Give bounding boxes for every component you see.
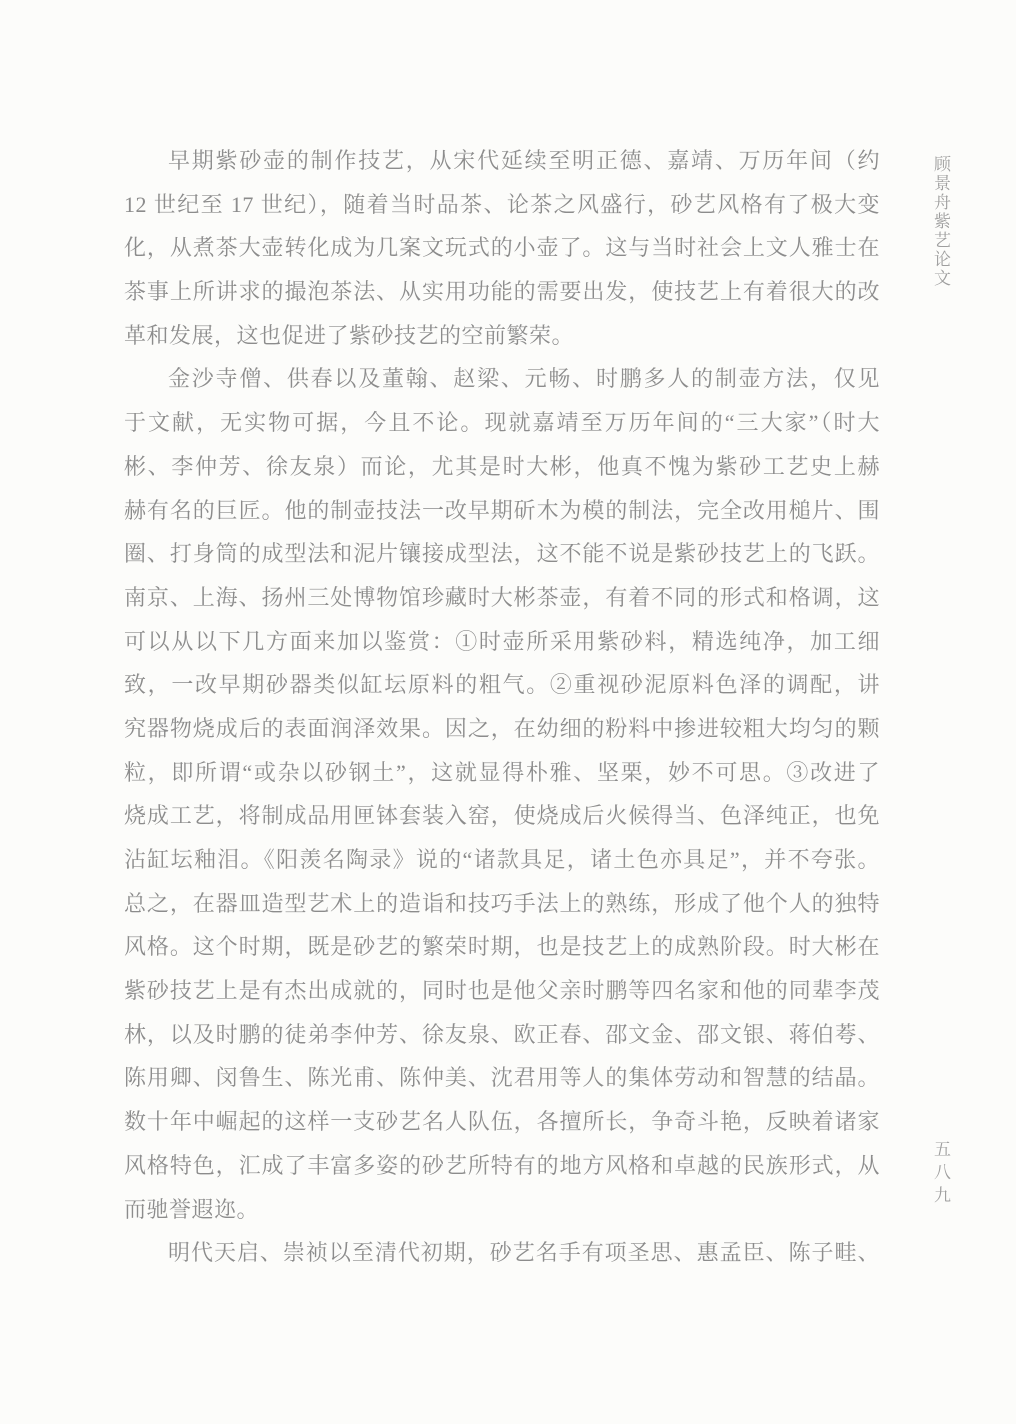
text-line: 圈、打身筒的成型法和泥片镶接成型法，这不能不说是紫砂技艺上的飞跃。 — [124, 532, 880, 576]
text-line: 沾缸坛釉泪。《阳羡名陶录》说的“诸款具足，诸土色亦具足”，并不夸张。 — [124, 838, 880, 882]
text-line: 粒，即所谓“或杂以砂钢土”，这就显得朴雅、坚栗，妙不可思。③改进了 — [124, 751, 880, 795]
text-line: 茶事上所讲求的撮泡茶法、从实用功能的需要出发，使技艺上有着很大的改 — [124, 270, 880, 314]
text-line: 数十年中崛起的这样一支砂艺名人队伍，各擅所长，争奇斗艳，反映着诸家 — [124, 1100, 880, 1144]
body-text: 早期紫砂壶的制作技艺，从宋代延续至明正德、嘉靖、万历年间（约 12 世纪至 17… — [124, 139, 880, 1275]
text-line: 陈用卿、闵鲁生、陈光甫、陈仲美、沈君用等人的集体劳动和智慧的结晶。 — [124, 1056, 880, 1100]
text-line: 总之，在器皿造型艺术上的造诣和技巧手法上的熟练，形成了他个人的独特 — [124, 882, 880, 926]
text-line: 可以从以下几方面来加以鉴赏：①时壶所采用紫砂料，精选纯净，加工细 — [124, 620, 880, 664]
text-line: 12 世纪至 17 世纪），随着当时品茶、论茶之风盛行，砂艺风格有了极大变 — [124, 183, 880, 227]
text-line: 于文献，无实物可据，今且不论。现就嘉靖至万历年间的“三大家”（时大 — [124, 401, 880, 445]
text-line: 明代天启、崇祯以至清代初期，砂艺名手有项圣思、惠孟臣、陈子畦、 — [124, 1231, 880, 1275]
book-page: 早期紫砂壶的制作技艺，从宋代延续至明正德、嘉靖、万历年间（约 12 世纪至 17… — [0, 0, 1016, 1424]
running-header: 顾景舟紫艺论文 — [928, 155, 953, 288]
text-line: 化，从煮茶大壶转化成为几案文玩式的小壶了。这与当时社会上文人雅士在 — [124, 226, 880, 270]
text-line: 究器物烧成后的表面润泽效果。因之，在幼细的粉料中掺进较粗大均匀的颗 — [124, 707, 880, 751]
text-line: 烧成工艺，将制成品用匣钵套装入窑，使烧成后火候得当、色泽纯正，也免 — [124, 794, 880, 838]
text-line: 金沙寺僧、供春以及董翰、赵梁、元畅、时鹏多人的制壶方法，仅见 — [124, 357, 880, 401]
text-line: 紫砂技艺上是有杰出成就的，同时也是他父亲时鹏等四名家和他的同辈李茂 — [124, 969, 880, 1013]
text-line: 致，一改早期砂器类似缸坛原料的粗气。②重视砂泥原料色泽的调配，讲 — [124, 663, 880, 707]
text-line: 林，以及时鹏的徒弟李仲芳、徐友泉、欧正春、邵文金、邵文银、蒋伯荂、 — [124, 1013, 880, 1057]
folio-page-number: 五八九 — [928, 1140, 953, 1209]
text-line: 革和发展，这也促进了紫砂技艺的空前繁荣。 — [124, 314, 880, 358]
text-line: 南京、上海、扬州三处博物馆珍藏时大彬茶壶，有着不同的形式和格调，这 — [124, 576, 880, 620]
text-line: 赫有名的巨匠。他的制壶技法一改早期斫木为模的制法，完全改用槌片、围 — [124, 489, 880, 533]
text-line: 风格特色，汇成了丰富多姿的砂艺所特有的地方风格和卓越的民族形式，从 — [124, 1144, 880, 1188]
text-line: 风格。这个时期，既是砂艺的繁荣时期，也是技艺上的成熟阶段。时大彬在 — [124, 925, 880, 969]
text-line: 彬、李仲芳、徐友泉）而论，尤其是时大彬，他真不愧为紫砂工艺史上赫 — [124, 445, 880, 489]
text-line: 而驰誉遐迩。 — [124, 1188, 880, 1232]
text-line: 早期紫砂壶的制作技艺，从宋代延续至明正德、嘉靖、万历年间（约 — [124, 139, 880, 183]
